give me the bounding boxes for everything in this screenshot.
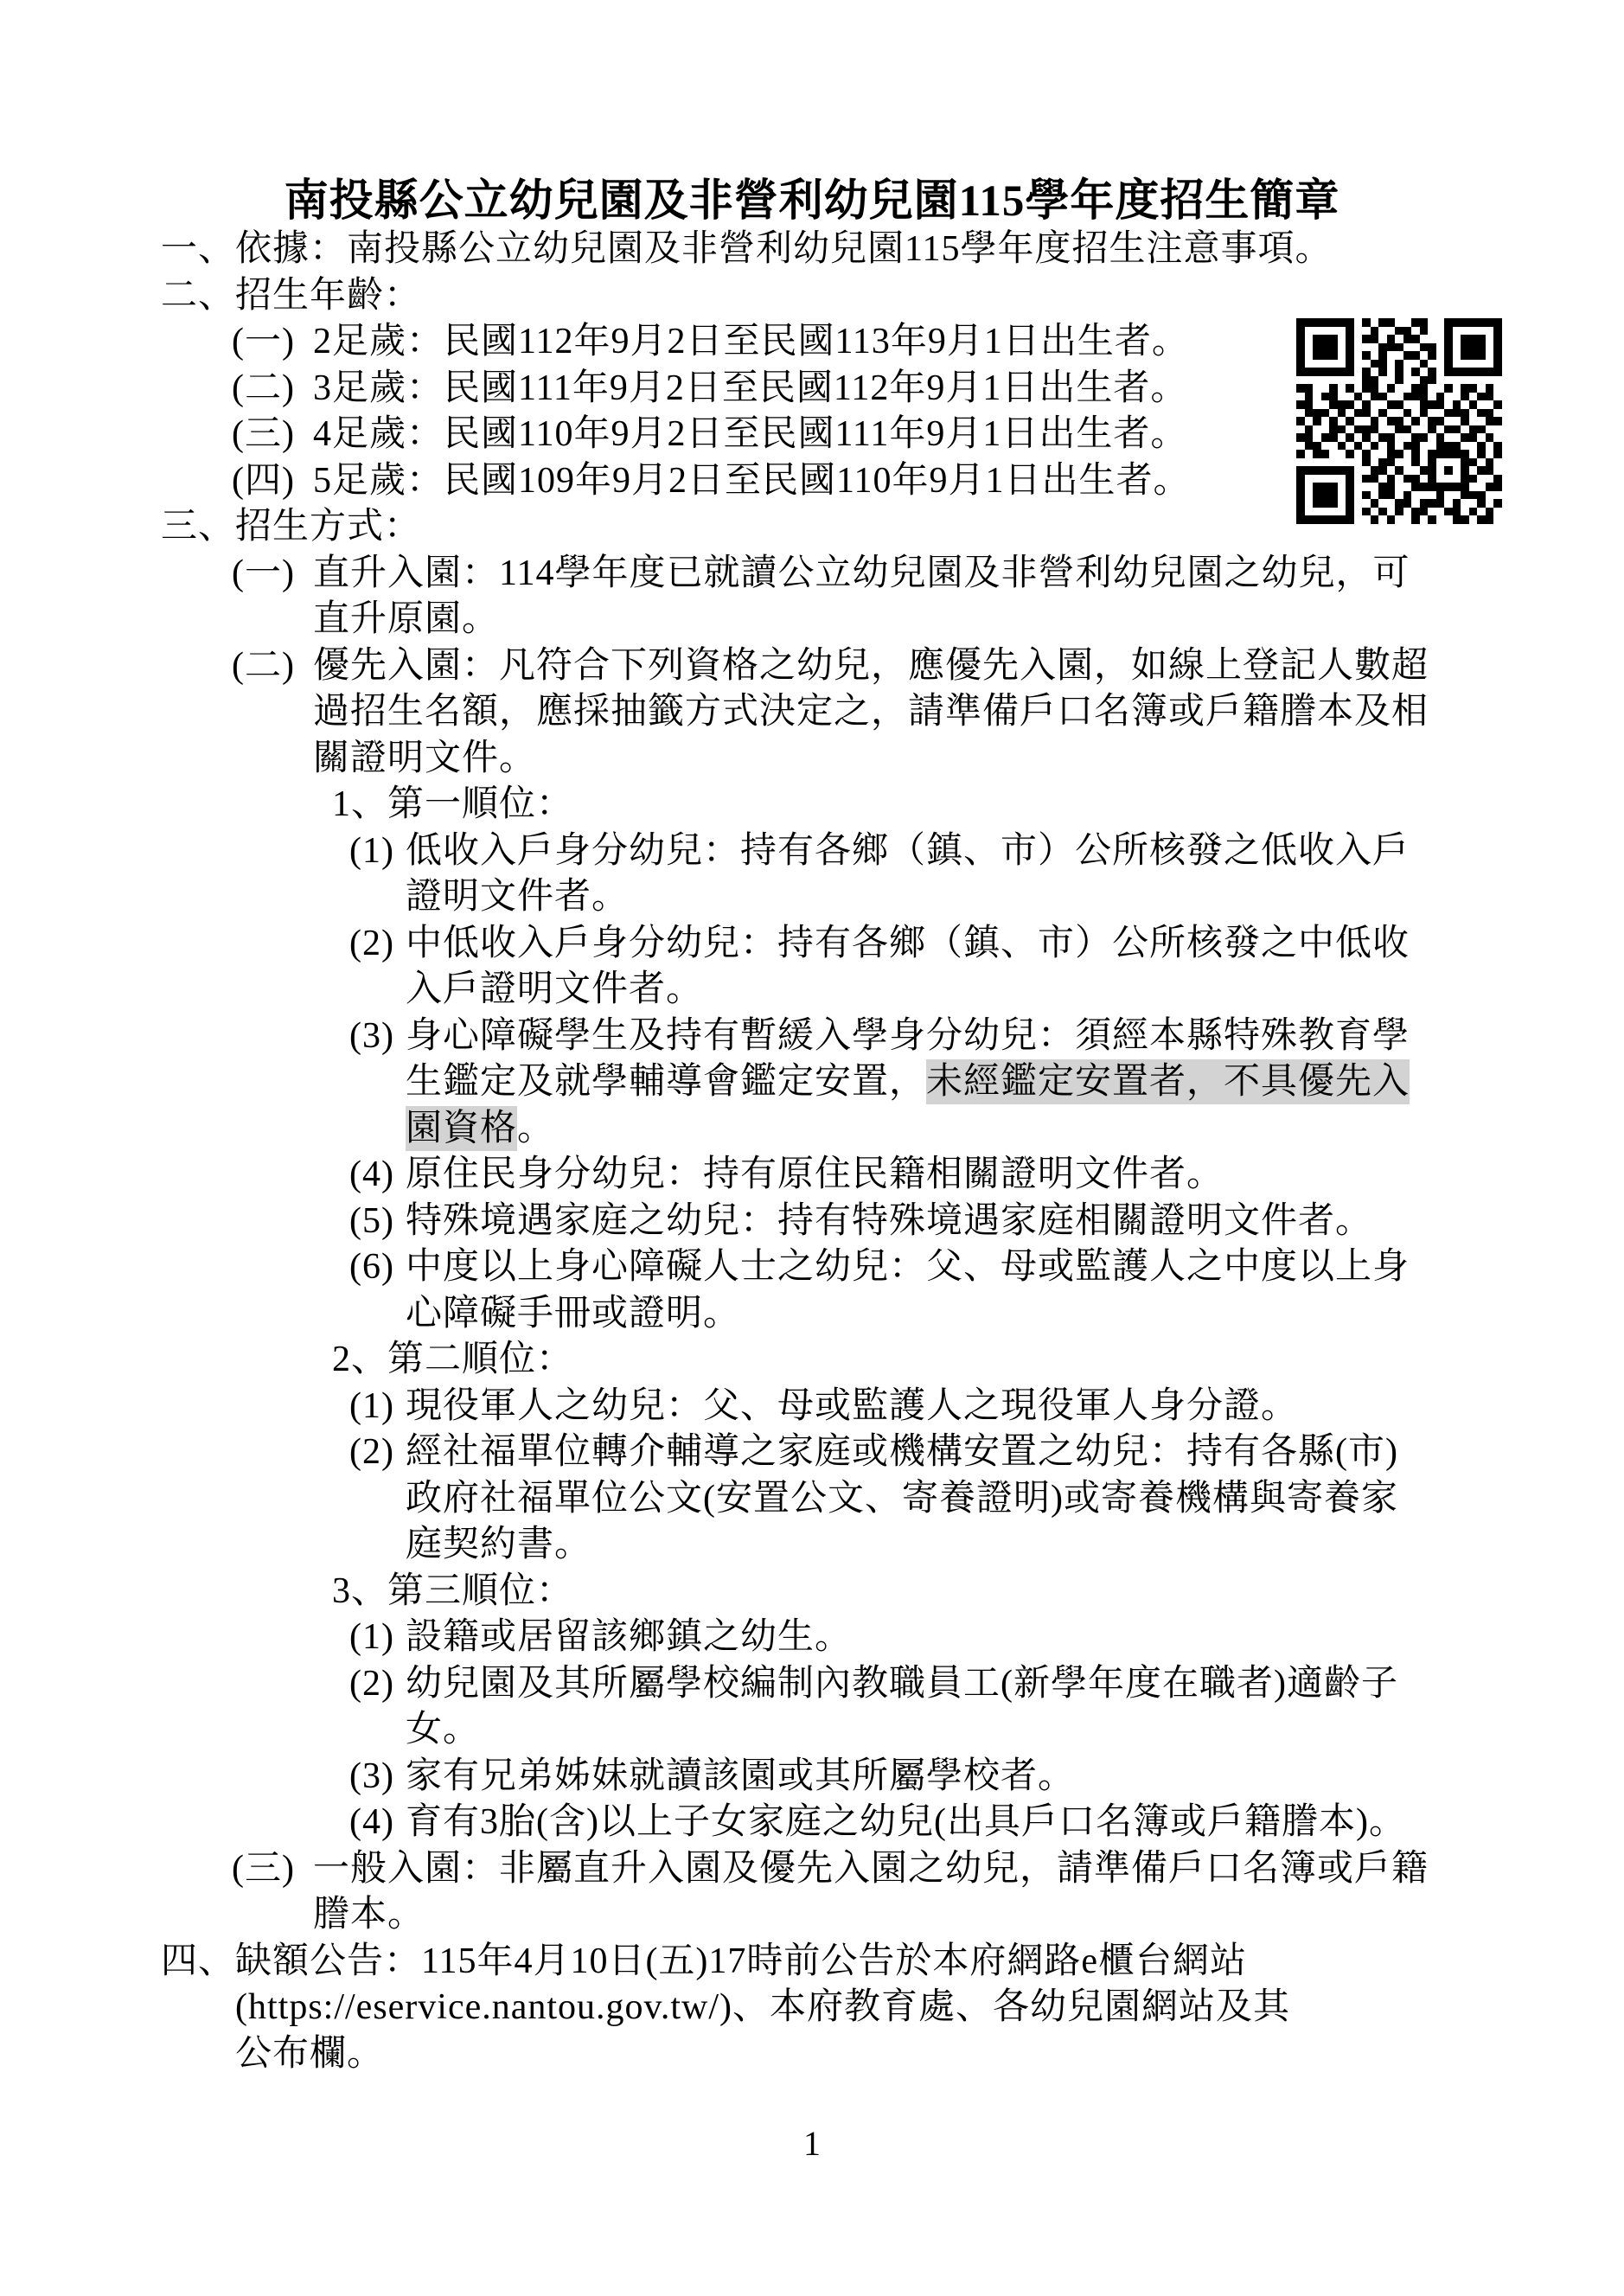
text-line: 經社福單位轉介輔導之家庭或機構安置之幼兒：持有各縣(市) <box>406 1429 1624 1476</box>
text-segment: 。 <box>517 1109 554 1148</box>
text-line: 園資格。 <box>406 1106 1624 1153</box>
text-line: 現役軍人之幼兒：父、母或監護人之現役軍人身分證。 <box>406 1384 1624 1430</box>
text-line: 入戶證明文件者。 <box>406 967 1624 1014</box>
paragraph: (2)幼兒園及其所屬學校編制內教職員工(新學年度在職者)適齡子女。 <box>0 1661 1624 1754</box>
text-segment: 庭契約書。 <box>406 1525 591 1564</box>
list-marker: (2) <box>349 1429 394 1476</box>
paragraph: (6)中度以上身心障礙人士之幼兒：父、母或監護人之中度以上身心障礙手冊或證明。 <box>0 1244 1624 1337</box>
list-marker: (6) <box>349 1244 394 1291</box>
text-line: 優先入園：凡符合下列資格之幼兒，應優先入園，如線上登記人數超 <box>313 643 1624 690</box>
text-line: 公布欄。 <box>235 2031 1624 2078</box>
text-segment: 身心障礙學生及持有暫緩入學身分幼兒：須經本縣特殊教育學 <box>406 1016 1410 1056</box>
list-marker: 3、 <box>332 1569 388 1615</box>
paragraph: (二)3足歲：民國111年9月2日至民國112年9月1日出生者。 <box>0 366 1624 413</box>
text-line: 原住民身分幼兒：持有原住民籍相關證明文件者。 <box>406 1152 1624 1199</box>
paragraph: (二)優先入園：凡符合下列資格之幼兒，應優先入園，如線上登記人數超過招生名額，應… <box>0 643 1624 783</box>
text-line: 中低收入戶身分幼兒：持有各鄉（鎮、市）公所核發之中低收 <box>406 921 1624 968</box>
text-line: 直升入園：114學年度已就讀公立幼兒園及非營利幼兒園之幼兒，可 <box>313 551 1624 598</box>
text-line: 第一順位： <box>387 782 1624 828</box>
text-line: 生鑑定及就學輔導會鑑定安置，未經鑑定安置者，不具優先入 <box>406 1059 1624 1106</box>
text-segment: 家有兄弟姊妹就讀該園或其所屬學校者。 <box>406 1756 1075 1796</box>
text-segment: 低收入戶身分幼兒：持有各鄉（鎮、市）公所核發之低收入戶 <box>406 831 1410 871</box>
text-line: 心障礙手冊或證明。 <box>406 1291 1624 1338</box>
text-line: 依據：南投縣公立幼兒園及非營利幼兒園115學年度招生注意事項。 <box>235 227 1624 273</box>
text-segment: 中低收入戶身分幼兒：持有各鄉（鎮、市）公所核發之中低收 <box>406 924 1410 963</box>
paragraph: 1、第一順位： <box>0 782 1624 828</box>
paragraph: (一)2足歲：民國112年9月2日至民國113年9月1日出生者。 <box>0 319 1624 366</box>
paragraph: (一)直升入園：114學年度已就讀公立幼兒園及非營利幼兒園之幼兒，可直升原園。 <box>0 551 1624 643</box>
paragraph: (1)設籍或居留該鄉鎮之幼生。 <box>0 1615 1624 1661</box>
text-line: 第二順位： <box>387 1337 1624 1384</box>
text-segment: 政府社福單位公文(安置公文、寄養證明)或寄養機構與寄養家 <box>406 1479 1398 1519</box>
page-number: 1 <box>0 2123 1624 2164</box>
list-marker: 一、 <box>161 227 235 273</box>
text-line: 家有兄弟姊妹就讀該園或其所屬學校者。 <box>406 1754 1624 1800</box>
list-marker: (三) <box>232 412 295 458</box>
text-segment: 關證明文件。 <box>313 739 536 778</box>
text-line: 幼兒園及其所屬學校編制內教職員工(新學年度在職者)適齡子 <box>406 1661 1624 1708</box>
paragraph: (5)特殊境遇家庭之幼兒：持有特殊境遇家庭相關證明文件者。 <box>0 1199 1624 1245</box>
list-marker: 三、 <box>161 504 235 551</box>
text-segment: 5足歲：民國109年9月2日至民國110年9月1日出生者。 <box>313 461 1190 501</box>
text-line: 一般入園：非屬直升入園及優先入園之幼兒，請準備戶口名簿或戶籍 <box>313 1846 1624 1893</box>
text-segment: 招生方式： <box>235 507 421 547</box>
text-segment: 中度以上身心障礙人士之幼兒：父、母或監護人之中度以上身 <box>406 1247 1410 1287</box>
text-segment: 育有3胎(含)以上子女家庭之幼兒(出具戶口名簿或戶籍謄本)。 <box>406 1802 1406 1842</box>
text-segment: 第一順位： <box>387 784 573 824</box>
text-segment: 3足歲：民國111年9月2日至民國112年9月1日出生者。 <box>313 368 1187 408</box>
list-marker: (一) <box>232 319 295 366</box>
list-marker: (1) <box>349 1615 394 1661</box>
text-segment: 一般入園：非屬直升入園及優先入園之幼兒，請準備戶口名簿或戶籍 <box>313 1849 1429 1889</box>
list-marker: (四) <box>232 458 295 505</box>
list-marker: (二) <box>232 366 295 413</box>
highlighted-text: 未經鑑定安置者，不具優先入 <box>926 1059 1410 1104</box>
paragraph: 2、第二順位： <box>0 1337 1624 1384</box>
list-marker: (二) <box>232 643 295 690</box>
paragraph: (三)一般入園：非屬直升入園及優先入園之幼兒，請準備戶口名簿或戶籍謄本。 <box>0 1846 1624 1939</box>
text-line: 招生方式： <box>235 504 1624 551</box>
list-marker: (2) <box>349 1661 394 1708</box>
text-segment: 女。 <box>406 1710 480 1749</box>
text-line: 特殊境遇家庭之幼兒：持有特殊境遇家庭相關證明文件者。 <box>406 1199 1624 1245</box>
text-line: 過招生名額，應採抽籤方式決定之，請準備戶口名簿或戶籍謄本及相 <box>313 689 1624 736</box>
text-line: 謄本。 <box>313 1892 1624 1939</box>
text-line: 證明文件者。 <box>406 874 1624 921</box>
paragraph: (四)5足歲：民國109年9月2日至民國110年9月1日出生者。 <box>0 458 1624 505</box>
text-segment: 經社福單位轉介輔導之家庭或機構安置之幼兒：持有各縣(市) <box>406 1432 1398 1472</box>
text-line: 3足歲：民國111年9月2日至民國112年9月1日出生者。 <box>313 366 1624 413</box>
text-segment: 生鑑定及就學輔導會鑑定安置， <box>406 1062 926 1102</box>
text-segment: 2足歲：民國112年9月2日至民國113年9月1日出生者。 <box>313 322 1189 361</box>
paragraph: (1)低收入戶身分幼兒：持有各鄉（鎮、市）公所核發之低收入戶證明文件者。 <box>0 828 1624 921</box>
list-marker: 四、 <box>161 1939 235 1986</box>
text-line: 低收入戶身分幼兒：持有各鄉（鎮、市）公所核發之低收入戶 <box>406 828 1624 875</box>
page-title: 南投縣公立幼兒園及非營利幼兒園115學年度招生簡章 <box>0 164 1624 228</box>
text-segment: 第二順位： <box>387 1340 573 1379</box>
text-line: 庭契約書。 <box>406 1522 1624 1569</box>
list-marker: (2) <box>349 921 394 968</box>
text-line: 第三順位： <box>387 1569 1624 1615</box>
text-segment: 入戶證明文件者。 <box>406 969 703 1009</box>
text-segment: 直升入園：114學年度已就讀公立幼兒園及非營利幼兒園之幼兒，可 <box>313 553 1410 593</box>
paragraph: 四、缺額公告：115年4月10日(五)17時前公告於本府網路e櫃台網站(http… <box>0 1939 1624 2078</box>
text-segment: 公布欄。 <box>235 2034 384 2074</box>
paragraph: (2)中低收入戶身分幼兒：持有各鄉（鎮、市）公所核發之中低收入戶證明文件者。 <box>0 921 1624 1014</box>
list-marker: (一) <box>232 551 295 598</box>
text-line: 直升原園。 <box>313 597 1624 643</box>
paragraph: (4)原住民身分幼兒：持有原住民籍相關證明文件者。 <box>0 1152 1624 1199</box>
paragraph: (3)身心障礙學生及持有暫緩入學身分幼兒：須經本縣特殊教育學生鑑定及就學輔導會鑑… <box>0 1014 1624 1153</box>
paragraph: (2)經社福單位轉介輔導之家庭或機構安置之幼兒：持有各縣(市)政府社福單位公文(… <box>0 1429 1624 1569</box>
text-segment: 原住民身分幼兒：持有原住民籍相關證明文件者。 <box>406 1154 1224 1194</box>
text-line: 政府社福單位公文(安置公文、寄養證明)或寄養機構與寄養家 <box>406 1476 1624 1523</box>
text-segment: 優先入園：凡符合下列資格之幼兒，應優先入園，如線上登記人數超 <box>313 646 1429 686</box>
list-marker: 1、 <box>332 782 388 828</box>
paragraph: 二、招生年齡： <box>0 273 1624 320</box>
list-marker: (4) <box>349 1800 394 1846</box>
text-segment: 招生年齡： <box>235 276 421 316</box>
paragraph: (1)現役軍人之幼兒：父、母或監護人之現役軍人身分證。 <box>0 1384 1624 1430</box>
text-line: 缺額公告：115年4月10日(五)17時前公告於本府網路e櫃台網站 <box>235 1939 1624 1986</box>
paragraph: (4)育有3胎(含)以上子女家庭之幼兒(出具戶口名簿或戶籍謄本)。 <box>0 1800 1624 1846</box>
paragraph: 三、招生方式： <box>0 504 1624 551</box>
text-segment: 第三順位： <box>387 1571 573 1611</box>
text-segment: 特殊境遇家庭之幼兒：持有特殊境遇家庭相關證明文件者。 <box>406 1201 1372 1241</box>
text-line: 5足歲：民國109年9月2日至民國110年9月1日出生者。 <box>313 458 1624 505</box>
text-segment: 4足歲：民國110年9月2日至民國111年9月1日出生者。 <box>313 414 1187 454</box>
text-line: 2足歲：民國112年9月2日至民國113年9月1日出生者。 <box>313 319 1624 366</box>
text-segment: 心障礙手冊或證明。 <box>406 1294 740 1333</box>
text-line: 女。 <box>406 1707 1624 1754</box>
text-line: 育有3胎(含)以上子女家庭之幼兒(出具戶口名簿或戶籍謄本)。 <box>406 1800 1624 1846</box>
text-line: (https://eservice.nantou.gov.tw/)、本府教育處、… <box>235 1985 1624 2031</box>
text-segment: 缺額公告：115年4月10日(五)17時前公告於本府網路e櫃台網站 <box>235 1941 1247 1981</box>
list-marker: 二、 <box>161 273 235 320</box>
text-line: 身心障礙學生及持有暫緩入學身分幼兒：須經本縣特殊教育學 <box>406 1014 1624 1060</box>
text-segment: 設籍或居留該鄉鎮之幼生。 <box>406 1617 852 1657</box>
text-line: 中度以上身心障礙人士之幼兒：父、母或監護人之中度以上身 <box>406 1244 1624 1291</box>
document-body: 一、依據：南投縣公立幼兒園及非營利幼兒園115學年度招生注意事項。二、招生年齡：… <box>0 227 1624 2077</box>
list-marker: (3) <box>349 1014 394 1060</box>
text-segment: 直升原園。 <box>313 599 499 639</box>
list-marker: (3) <box>349 1754 394 1800</box>
document-page: 南投縣公立幼兒園及非營利幼兒園115學年度招生簡章 一、依據：南投縣公立幼兒園及… <box>0 0 1624 2296</box>
text-segment: (https://eservice.nantou.gov.tw/)、本府教育處、… <box>235 1987 1290 2027</box>
paragraph: 一、依據：南投縣公立幼兒園及非營利幼兒園115學年度招生注意事項。 <box>0 227 1624 273</box>
list-marker: 2、 <box>332 1337 388 1384</box>
text-segment: 現役軍人之幼兒：父、母或監護人之現役軍人身分證。 <box>406 1386 1298 1426</box>
highlighted-text: 園資格 <box>406 1106 517 1151</box>
paragraph: 3、第三順位： <box>0 1569 1624 1615</box>
text-line: 4足歲：民國110年9月2日至民國111年9月1日出生者。 <box>313 412 1624 458</box>
text-line: 設籍或居留該鄉鎮之幼生。 <box>406 1615 1624 1661</box>
text-segment: 證明文件者。 <box>406 877 629 917</box>
text-segment: 依據：南投縣公立幼兒園及非營利幼兒園115學年度招生注意事項。 <box>235 229 1332 269</box>
text-segment: 過招生名額，應採抽籤方式決定之，請準備戶口名簿或戶籍謄本及相 <box>313 692 1429 732</box>
text-segment: 謄本。 <box>313 1895 425 1935</box>
list-marker: (5) <box>349 1199 394 1245</box>
list-marker: (4) <box>349 1152 394 1199</box>
text-line: 招生年齡： <box>235 273 1624 320</box>
text-segment: 幼兒園及其所屬學校編制內教職員工(新學年度在職者)適齡子 <box>406 1664 1398 1704</box>
list-marker: (1) <box>349 1384 394 1430</box>
text-line: 關證明文件。 <box>313 736 1624 783</box>
paragraph: (三)4足歲：民國110年9月2日至民國111年9月1日出生者。 <box>0 412 1624 458</box>
list-marker: (1) <box>349 828 394 875</box>
paragraph: (3)家有兄弟姊妹就讀該園或其所屬學校者。 <box>0 1754 1624 1800</box>
list-marker: (三) <box>232 1846 295 1893</box>
